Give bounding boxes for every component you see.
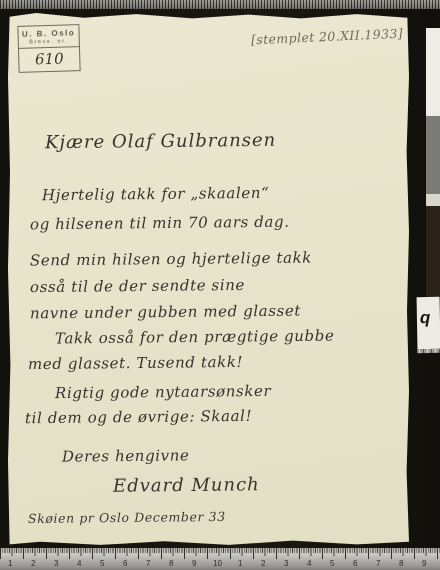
calibration-label-letter: q — [420, 308, 431, 328]
body-line: og hilsenen til min 70 aars dag. — [30, 213, 290, 234]
ruler-number: 2 — [31, 559, 35, 568]
ruler-number: 3 — [284, 559, 288, 568]
body-line: navne under gubben med glasset — [30, 302, 301, 323]
letter-paper: U. B. Oslo Brevs. nr. 610 [stemplet 20.X… — [8, 13, 409, 546]
closing-line: Deres hengivne — [62, 446, 190, 465]
ruler-number: 2 — [261, 559, 265, 568]
body-line: Takk osså for den prægtige gubbe — [55, 327, 335, 348]
ruler-number: 5 — [100, 559, 104, 568]
ruler-number: 5 — [330, 559, 334, 568]
calibration-label: q — [417, 297, 440, 349]
ruler-number: 4 — [77, 559, 81, 568]
grayscale-patch-dark — [426, 206, 440, 298]
letter-scan: U. B. Oslo Brevs. nr. 610 [stemplet 20.X… — [0, 0, 440, 570]
ruler-ticks-cm — [0, 548, 440, 559]
ruler-number: 1 — [238, 559, 242, 568]
ruler-number: 9 — [422, 559, 426, 568]
body-line: Rigtig gode nytaarsønsker — [55, 382, 271, 402]
bottom-ruler: 1 2 3 4 5 6 7 8 9 10 1 2 3 4 5 6 7 8 9 — [0, 548, 440, 570]
ruler-number: 8 — [169, 559, 173, 568]
date-annotation: [stemplet 20.XII.1933] — [251, 26, 404, 48]
body-line: med glasset. Tusend takk! — [28, 353, 243, 373]
ruler-number: 1 — [8, 559, 12, 568]
grayscale-patch-light — [426, 194, 440, 206]
signature: Edvard Munch — [113, 474, 260, 497]
body-line: til dem og de øvrige: Skaal! — [25, 407, 252, 427]
calibration-mini-ruler — [417, 349, 440, 353]
ruler-number: 9 — [192, 559, 196, 568]
ruler-number: 6 — [353, 559, 357, 568]
ruler-number: 7 — [376, 559, 380, 568]
stamp-number: 610 — [19, 47, 80, 72]
top-ruler — [0, 0, 440, 9]
ruler-number: 4 — [307, 559, 311, 568]
salutation-line: Kjære Olaf Gulbransen — [45, 130, 276, 153]
ruler-number: 10 — [213, 559, 222, 568]
grayscale-patch-white — [426, 28, 440, 116]
ruler-number: 6 — [123, 559, 127, 568]
grayscale-patch-gray — [426, 116, 440, 194]
ruler-number: 3 — [54, 559, 58, 568]
ruler-number: 7 — [146, 559, 150, 568]
ruler-number: 8 — [399, 559, 403, 568]
place-date-line: Skøien pr Oslo December 33 — [28, 509, 226, 526]
archive-stamp: U. B. Oslo Brevs. nr. 610 — [17, 24, 80, 73]
body-line: osså til de der sendte sine — [30, 276, 245, 296]
body-line: Send min hilsen og hjertelige takk — [30, 249, 312, 270]
body-line: Hjertelig takk for „skaalen“ — [42, 184, 270, 204]
